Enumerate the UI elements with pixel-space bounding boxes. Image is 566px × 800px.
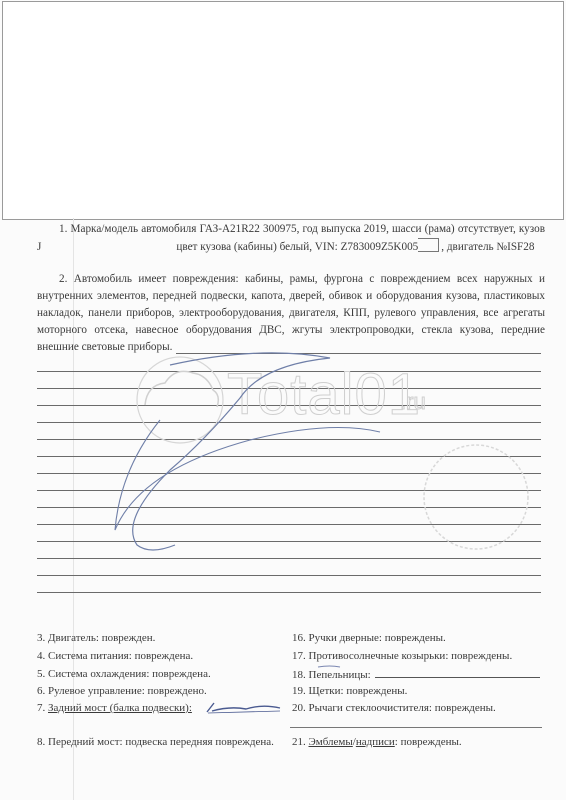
item-steering: 6. Рулевое управление: повреждено. (37, 684, 207, 698)
ruled-line (37, 558, 541, 559)
damage-description-paragraph: 2. Автомобиль имеет повреждения: кабины,… (37, 271, 545, 356)
stamp-icon (424, 445, 528, 549)
item-sun-visors: 17. Противосолнечные козырьки: поврежден… (292, 649, 512, 663)
item-door-handles: 16. Ручки дверные: повреждены. (292, 631, 446, 645)
ruled-line (176, 353, 541, 354)
damage-description-text: 2. Автомобиль имеет повреждения: кабины,… (37, 273, 545, 353)
item-front-axle: 8. Передний мост: подвеска передняя повр… (37, 735, 274, 749)
engine-number: , двигатель №ISF28 (441, 241, 534, 253)
redacted-body-number: J (37, 241, 41, 253)
ruled-line (37, 405, 541, 406)
vehicle-info-prefix: 1. Марка/модель автомобиля ГАЗ-А21R22 30… (59, 223, 545, 235)
item-engine: 3. Двигатель: поврежден. (37, 631, 155, 645)
item-cooling-system: 5. Система охлаждения: повреждена. (37, 667, 211, 681)
vin-redaction-box (418, 238, 439, 252)
ruled-line (37, 439, 541, 440)
ruled-line (37, 507, 541, 508)
ruled-line (37, 524, 541, 525)
item-emblems: 21. Эмблемы/надписи: повреждены. (292, 735, 462, 749)
ruled-line-right (290, 727, 542, 728)
signature-stroke (133, 353, 330, 550)
item-rear-axle: 7. Задний мост (балка подвески): (37, 701, 192, 715)
ruled-line (37, 575, 541, 576)
item-brushes: 19. Щетки: повреждены. (292, 684, 407, 698)
watermark-suffix: .ru (400, 389, 426, 415)
ashtrays-fill-line (375, 667, 540, 678)
item-wiper-arms: 20. Рычаги стеклоочистителя: повреждены. (292, 701, 496, 715)
item-fuel-system: 4. Система питания: повреждена. (37, 649, 193, 663)
ruled-line (37, 422, 541, 423)
ruled-line (37, 388, 541, 389)
ruled-line (37, 592, 541, 593)
item-ashtrays: 18. Пепельницы: (292, 667, 540, 682)
ruled-line (37, 456, 541, 457)
redacted-header-area (2, 1, 564, 220)
vehicle-color-vin: цвет кузова (кабины) белый, VIN: Z783009… (176, 241, 418, 253)
vehicle-info-paragraph: 1. Марка/модель автомобиля ГАЗ-А21R22 30… (37, 221, 545, 256)
ruled-line (37, 473, 541, 474)
ruled-line (37, 490, 541, 491)
ruled-line (37, 371, 541, 372)
ruled-line (37, 541, 541, 542)
